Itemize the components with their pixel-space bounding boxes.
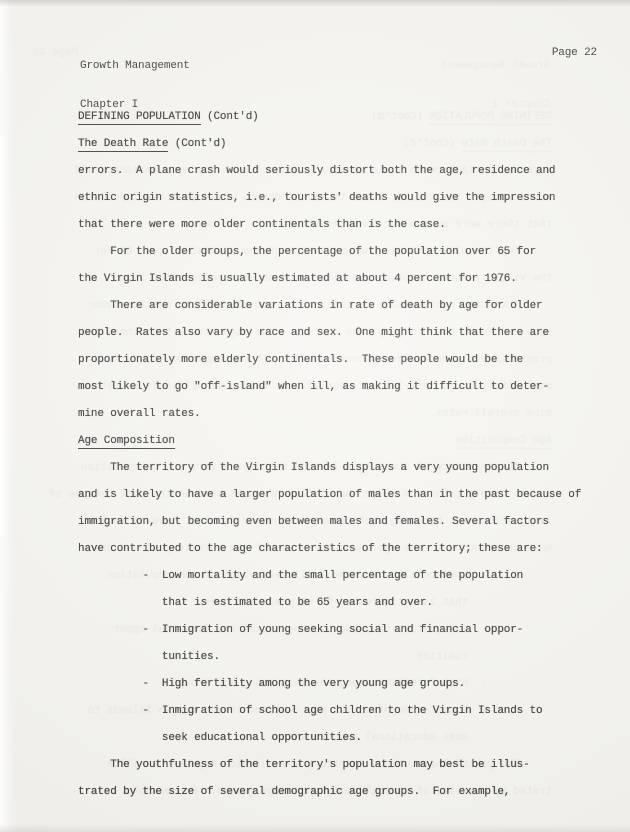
paragraph-line: the Virgin Islands is usually estimated … [78, 266, 608, 293]
bullet-line: - Inmigration of school age children to … [78, 698, 608, 725]
paragraph-line: that there were more older continentals … [78, 212, 608, 239]
paragraph-line: people. Rates also vary by race and sex.… [78, 320, 608, 347]
scanned-document-page: Growth Management Chapter I Page 22 DEFI… [0, 0, 630, 832]
section-heading: DEFINING POPULATION (Cont'd) [78, 104, 608, 131]
page-number: Page 22 [552, 47, 597, 59]
bullet-line: - High fertility among the very young ag… [78, 671, 608, 698]
paragraph-line: errors. A plane crash would seriously di… [78, 158, 608, 185]
bullet-line: tunities. [78, 644, 608, 671]
paragraph-line: mine overall rates. [78, 401, 608, 428]
heading-suffix: (Cont'd) [201, 111, 259, 123]
heading-underlined-text: DEFINING POPULATION [78, 111, 201, 125]
section-heading: The Death Rate (Cont'd) [78, 131, 608, 158]
paragraph-line: trated by the size of several demographi… [78, 779, 608, 806]
bullet-line: that is estimated to be 65 years and ove… [78, 590, 608, 617]
document-body: DEFINING POPULATION (Cont'd)The Death Ra… [78, 104, 608, 806]
heading-underlined-text: The Death Rate [78, 138, 168, 152]
paragraph-line: immigration, but becoming even between m… [78, 509, 608, 536]
section-heading: Age Composition [78, 428, 608, 455]
paragraph-line: most likely to go "off-island" when ill,… [78, 374, 608, 401]
page-front: Growth Management Chapter I Page 22 DEFI… [0, 0, 630, 832]
bullet-line: - Inmigration of young seeking social an… [78, 617, 608, 644]
paragraph-line: have contributed to the age characterist… [78, 536, 608, 563]
paragraph-line: proportionately more elderly continental… [78, 347, 608, 374]
paragraph-line: For the older groups, the percentage of … [78, 239, 608, 266]
heading-suffix: (Cont'd) [168, 138, 226, 150]
bullet-line: - Low mortality and the small percentage… [78, 563, 608, 590]
paragraph-line: ethnic origin statistics, i.e., tourists… [78, 185, 608, 212]
paragraph-line: There are considerable variations in rat… [78, 293, 608, 320]
document-title: Growth Management [80, 60, 190, 73]
paragraph-line: The territory of the Virgin Islands disp… [78, 455, 608, 482]
bullet-line: seek educational opportunities. [78, 725, 608, 752]
heading-underlined-text: Age Composition [78, 435, 175, 449]
paragraph-line: and is likely to have a larger populatio… [78, 482, 608, 509]
paragraph-line: The youthfulness of the territory's popu… [78, 752, 608, 779]
